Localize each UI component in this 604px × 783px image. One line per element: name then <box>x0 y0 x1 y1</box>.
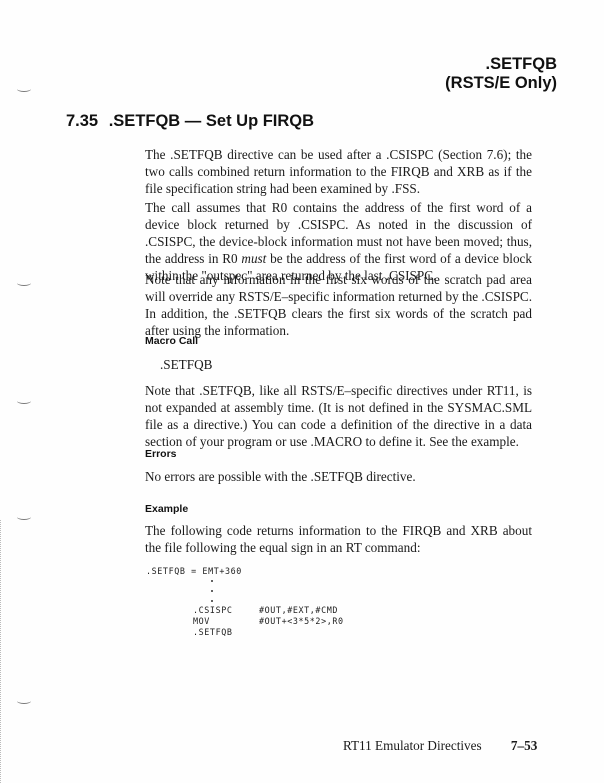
document-page: .SETFQB (RSTS/E Only) 7.35 .SETFQB — Set… <box>0 0 604 783</box>
code-operands: #OUT+<3*5*2>,R0 <box>259 616 344 626</box>
binding-hole-mark <box>17 86 31 92</box>
ellipsis-dot <box>211 590 213 592</box>
footer-chapter-title: RT11 Emulator Directives <box>343 738 482 753</box>
subheading-macro-call: Macro Call <box>145 335 198 347</box>
running-head-qualifier: (RSTS/E Only) <box>445 74 557 93</box>
binding-hole-mark <box>17 698 31 704</box>
page-footer: RT11 Emulator Directives 7–53 <box>343 738 537 754</box>
code-operands: #OUT,#EXT,#CMD <box>259 605 338 615</box>
code-row: .SETFQB <box>193 627 259 637</box>
running-head: .SETFQB (RSTS/E Only) <box>445 55 557 93</box>
code-definition: .SETFQB = EMT+360 <box>146 566 242 576</box>
paragraph-text: The following code returns information t… <box>145 522 532 556</box>
paragraph-errors: No errors are possible with the .SETFQB … <box>145 468 532 485</box>
paragraph-text: No errors are possible with the .SETFQB … <box>145 468 532 485</box>
code-row: .CSISPC#OUT,#EXT,#CMD <box>193 605 338 615</box>
binding-hole-mark <box>17 398 31 404</box>
section-title: .SETFQB — Set Up FIRQB <box>109 112 314 130</box>
binding-hole-mark <box>17 280 31 286</box>
section-heading: 7.35 .SETFQB — Set Up FIRQB <box>66 112 314 131</box>
running-head-directive: .SETFQB <box>445 55 557 74</box>
scan-edge <box>0 520 2 783</box>
paragraph-text: The .SETFQB directive can be used after … <box>145 146 532 197</box>
ellipsis-dot <box>211 600 213 602</box>
subheading-example: Example <box>145 503 188 515</box>
subheading-errors: Errors <box>145 448 177 460</box>
paragraph-text: Note that .SETFQB, like all RSTS/E–speci… <box>145 382 532 450</box>
page-number: 7–53 <box>511 738 537 753</box>
ellipsis-dot <box>211 580 213 582</box>
binding-hole-mark <box>17 514 31 520</box>
paragraph-example: The following code returns information t… <box>145 522 532 556</box>
paragraph-scratch-pad: Note that any information in the first s… <box>145 271 532 339</box>
code-row: MOV#OUT+<3*5*2>,R0 <box>193 616 344 626</box>
paragraph-intro: The .SETFQB directive can be used after … <box>145 146 532 197</box>
section-number: 7.35 <box>66 112 98 130</box>
emphasis: must <box>241 251 266 266</box>
code-opcode: .CSISPC <box>193 605 259 615</box>
macro-call-syntax: .SETFQB <box>160 357 212 373</box>
paragraph-macro-note: Note that .SETFQB, like all RSTS/E–speci… <box>145 382 532 450</box>
paragraph-text: Note that any information in the first s… <box>145 271 532 339</box>
code-opcode: .SETFQB <box>193 627 259 637</box>
code-opcode: MOV <box>193 616 259 626</box>
